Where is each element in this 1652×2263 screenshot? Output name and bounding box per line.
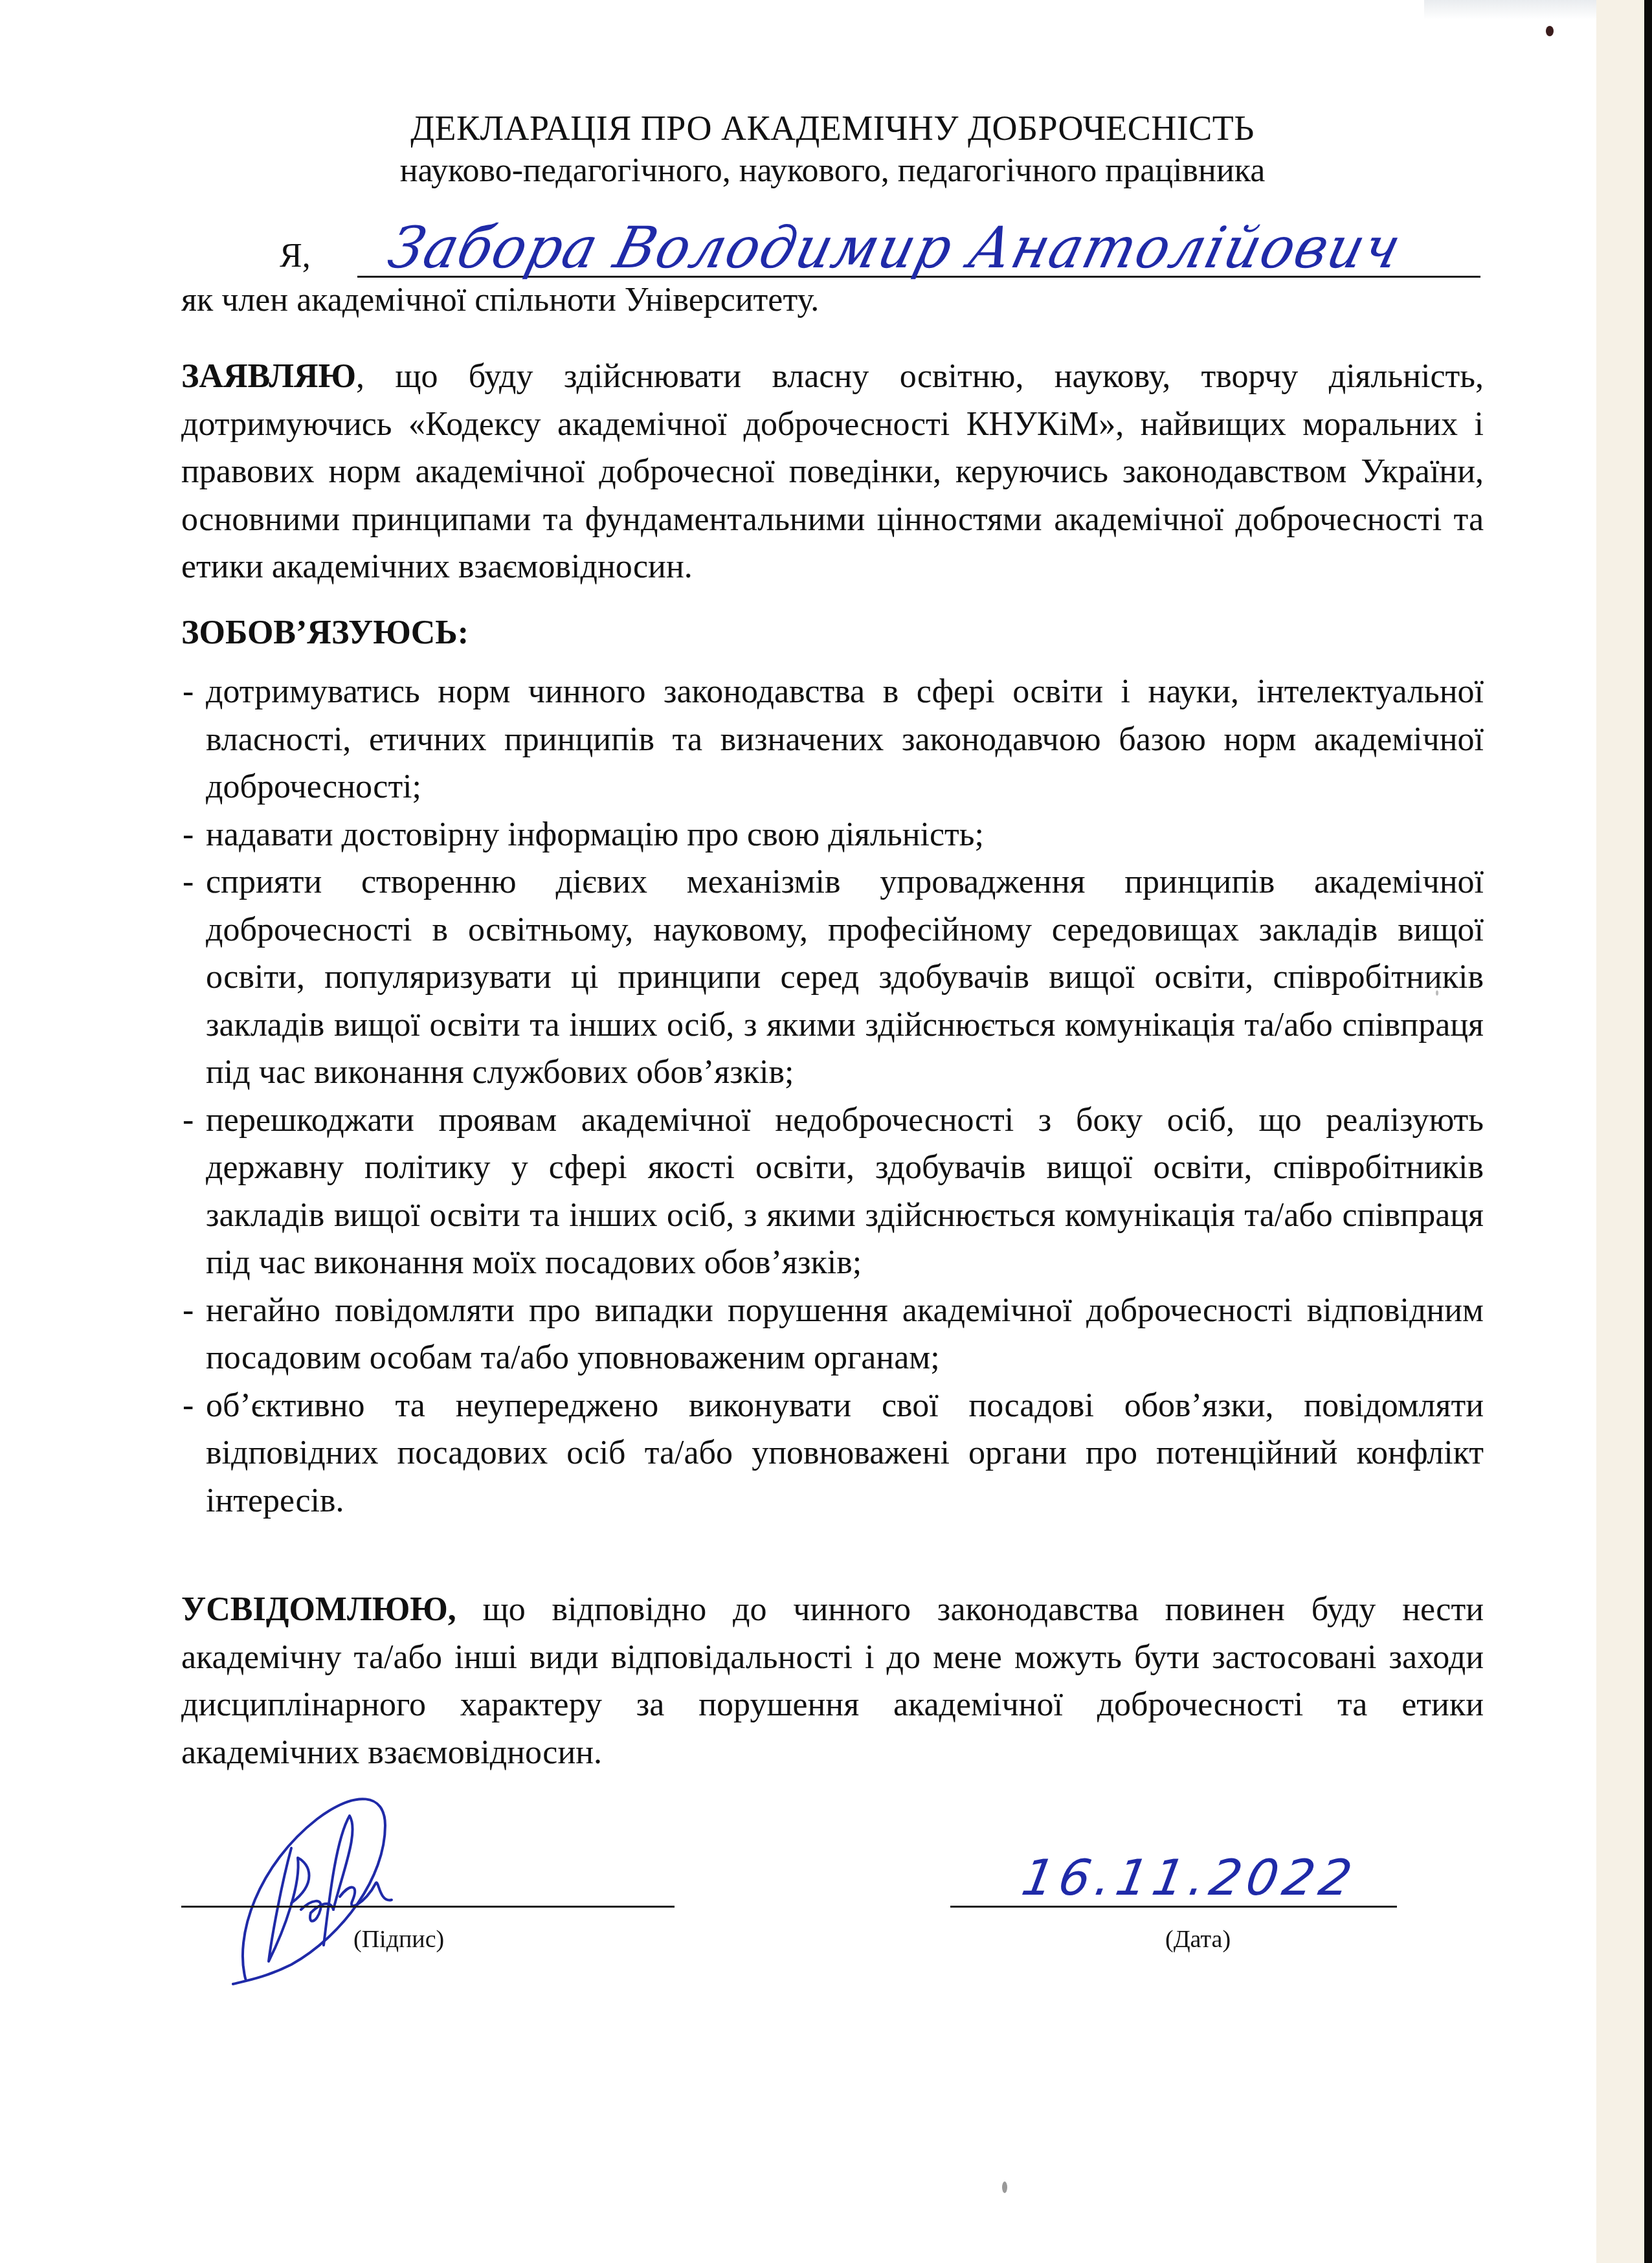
declare-paragraph: ЗАЯВЛЯЮ, що буду здійснювати власну осві…: [181, 353, 1484, 591]
scan-speck: [1002, 2181, 1007, 2193]
list-item: - об’єктивно та неупереджено виконувати …: [181, 1382, 1484, 1525]
commitment-text: дотримуватись норм чинного законодавства…: [206, 673, 1484, 805]
commitment-text: негайно повідомляти про випадки порушенн…: [206, 1292, 1484, 1377]
document-subtitle: науково-педагогічного, наукового, педаго…: [181, 151, 1484, 190]
handwritten-date: 16.11.2022: [1018, 1849, 1361, 1906]
member-statement: як член академічної спільноти Університе…: [181, 281, 819, 320]
signature-block: (Підпис) 16.11.2022 (Дата): [181, 1787, 1484, 1981]
signature-label: (Підпис): [353, 1925, 444, 1954]
bullet-marker: -: [183, 1097, 194, 1144]
list-item: - перешкоджати проявам академічної недоб…: [181, 1097, 1484, 1287]
commitment-text: сприяти створенню дієвих механізмів упро…: [206, 864, 1484, 1091]
scan-speck: [1546, 26, 1554, 36]
date-underline: [950, 1906, 1397, 1908]
bullet-marker: -: [183, 811, 194, 859]
commitment-text: об’єктивно та неупереджено виконувати св…: [206, 1387, 1484, 1519]
name-prefix: Я,: [280, 237, 311, 276]
commitment-text: перешкоджати проявам академічної недобро…: [206, 1102, 1484, 1282]
name-field-row: Я, Забора Володимир Анатолійович: [181, 233, 1484, 285]
handwritten-signature-icon: [220, 1787, 440, 1994]
declare-keyword: ЗАЯВЛЯЮ: [181, 358, 356, 395]
document-title: ДЕКЛАРАЦІЯ ПРО АКАДЕМІЧНУ ДОБРОЧЕСНІСТЬ: [181, 109, 1484, 148]
commitments-heading: ЗОБОВ’ЯЗУЮСЬ:: [181, 614, 469, 652]
bullet-marker: -: [183, 1382, 194, 1430]
handwritten-full-name: Забора Володимир Анатолійович: [382, 214, 1409, 281]
list-item: - сприяти створенню дієвих механізмів уп…: [181, 858, 1484, 1097]
scan-top-shadow: [1424, 0, 1596, 19]
commitments-list: - дотримуватись норм чинного законодавст…: [181, 668, 1484, 1524]
bullet-marker: -: [183, 668, 194, 716]
commitment-text: надавати достовірну інформацію про свою …: [206, 816, 984, 853]
aware-keyword: УСВІДОМЛЮЮ,: [181, 1591, 456, 1628]
declare-text: , що буду здійснювати власну освітню, на…: [181, 358, 1484, 585]
bullet-marker: -: [183, 858, 194, 906]
signature-underline: [181, 1906, 675, 1908]
scan-paper-edge: [1596, 0, 1644, 2263]
list-item: - дотримуватись норм чинного законодавст…: [181, 668, 1484, 811]
aware-paragraph: УСВІДОМЛЮЮ, що відповідно до чинного зак…: [181, 1586, 1484, 1776]
date-label: (Дата): [1165, 1925, 1231, 1954]
list-item: - надавати достовірну інформацію про сво…: [181, 811, 1484, 859]
list-item: - негайно повідомляти про випадки поруше…: [181, 1287, 1484, 1382]
scan-border: [1644, 0, 1652, 2263]
bullet-marker: -: [183, 1287, 194, 1335]
